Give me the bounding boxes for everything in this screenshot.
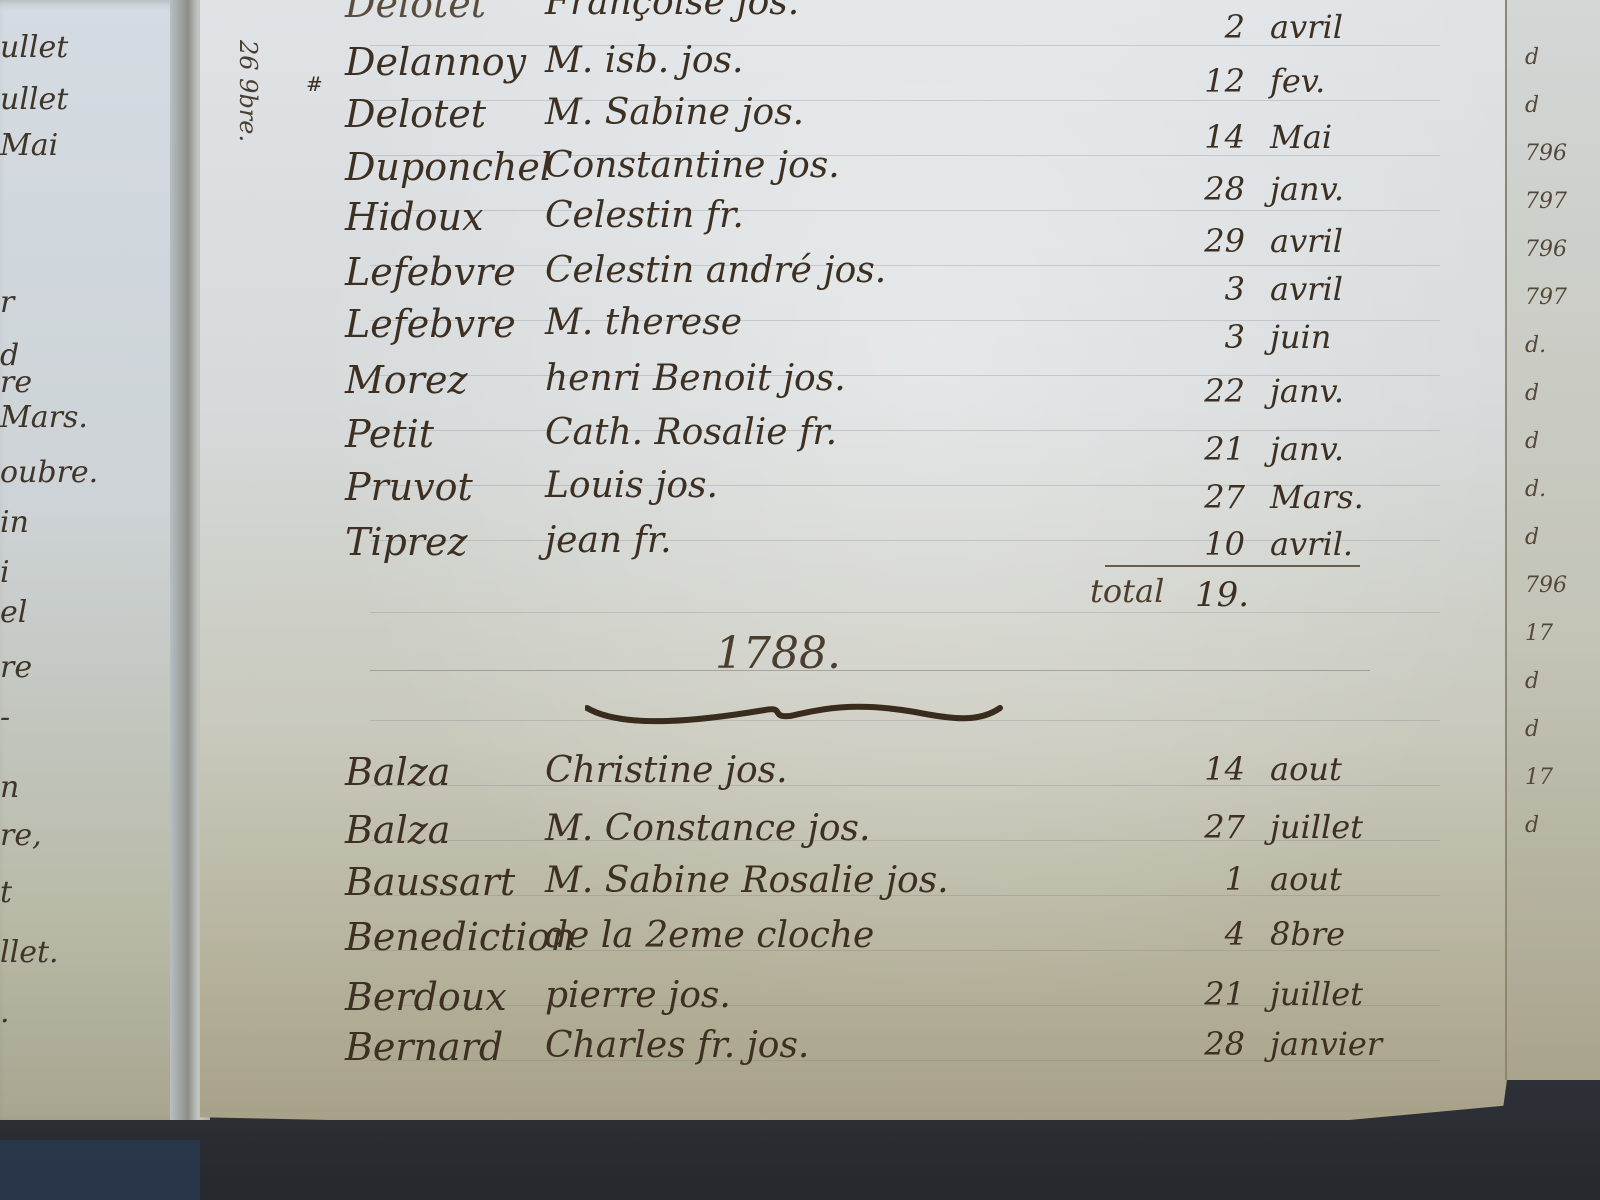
left-page-fragment: in — [0, 505, 29, 540]
entry-day: 1 — [1175, 860, 1245, 898]
photo-scene: ulletulletMairdreMars.oubre.inielre-nre,… — [0, 0, 1600, 1200]
background-object — [0, 1140, 200, 1200]
entry-day: 2 — [1175, 8, 1245, 46]
edge-margin-mark: d. — [1525, 333, 1546, 358]
entry-given-names: pierre jos. — [545, 975, 731, 1016]
ruled-line — [370, 210, 1440, 211]
entry-surname: Petit — [345, 412, 434, 456]
entry-surname: Lefebvre — [345, 302, 516, 346]
edge-margin-mark: d — [1525, 525, 1539, 550]
edge-margin-mark: 797 — [1525, 189, 1567, 214]
left-page-fragment: r — [0, 285, 14, 320]
entry-month: juillet — [1270, 808, 1363, 846]
entry-month: janv. — [1270, 170, 1344, 208]
left-page-fragment: el — [0, 595, 27, 630]
left-page-fragment: Mai — [0, 128, 58, 163]
entry-given-names: Celestin andré jos. — [545, 250, 886, 291]
entry-surname: Berdoux — [345, 975, 507, 1019]
hash-mark: # — [306, 72, 323, 96]
entry-month: aout — [1270, 750, 1342, 788]
edge-margin-mark: 17 — [1525, 621, 1553, 646]
entry-month: Mai — [1270, 118, 1332, 156]
entry-given-names: Louis jos. — [545, 465, 718, 506]
edge-margin-mark: 17 — [1525, 765, 1553, 790]
left-page-fragment: ullet — [0, 82, 68, 117]
entry-surname: Balza — [345, 808, 450, 852]
entry-given-names: M. Sabine jos. — [545, 92, 804, 133]
entry-month: avril — [1270, 270, 1343, 308]
entry-surname: Lefebvre — [345, 250, 516, 294]
entry-month: Mars. — [1270, 478, 1364, 516]
entry-day: 27 — [1175, 808, 1245, 846]
edge-margin-mark: 796 — [1525, 573, 1567, 598]
left-page-fragment: Mars. — [0, 400, 88, 435]
entry-day: 28 — [1175, 1025, 1245, 1063]
left-page-fragment: re — [0, 365, 32, 400]
left-page-fragment: n — [0, 770, 19, 805]
entry-day: 27 — [1175, 478, 1245, 516]
entry-month: avril — [1270, 8, 1343, 46]
edge-margin-mark: d — [1525, 813, 1539, 838]
entry-day: 29 — [1175, 222, 1245, 260]
year-heading: 1788. — [715, 628, 841, 679]
edge-margin-mark: d — [1525, 381, 1539, 406]
entry-given-names: jean fr. — [545, 520, 672, 561]
background-shadow — [0, 1120, 1600, 1200]
entry-day: 22 — [1175, 372, 1245, 410]
entry-month: janv. — [1270, 372, 1344, 410]
entry-given-names: Celestin fr. — [545, 195, 744, 236]
entry-surname: Benediction — [345, 915, 575, 959]
edge-margin-mark: d — [1525, 429, 1539, 454]
entry-surname: Pruvot — [345, 465, 473, 509]
edge-margin-mark: d — [1525, 45, 1539, 70]
entry-day: 28 — [1175, 170, 1245, 208]
section-divider — [370, 670, 1370, 671]
entry-day: 12 — [1175, 62, 1245, 100]
entry-surname: Bernard — [345, 1025, 503, 1069]
entry-month: fev. — [1270, 62, 1325, 100]
entry-day: 14 — [1175, 118, 1245, 156]
left-page-fragment: re — [0, 650, 32, 685]
entry-day: 3 — [1175, 318, 1245, 356]
entry-day: 3 — [1175, 270, 1245, 308]
entry-given-names: henri Benoit jos. — [545, 358, 846, 399]
left-page-fragment: ullet — [0, 30, 68, 65]
ruled-line — [370, 265, 1440, 266]
entry-given-names: Christine jos. — [545, 750, 788, 791]
entry-day: 21 — [1175, 430, 1245, 468]
entry-surname: Tiprez — [345, 520, 468, 564]
entry-given-names: Constantine jos. — [545, 145, 840, 186]
left-page-fragment: t — [0, 875, 12, 910]
entry-month: avril — [1270, 222, 1343, 260]
ruled-line — [370, 612, 1440, 613]
entry-given-names: Charles fr. jos. — [545, 1025, 809, 1066]
entry-surname: Morez — [345, 358, 467, 402]
margin-note: 26 9bre. — [234, 40, 262, 142]
edge-margin-mark: 796 — [1525, 141, 1567, 166]
left-page-fragment: re, — [0, 818, 42, 853]
entry-month: aout — [1270, 860, 1342, 898]
ruled-line — [370, 100, 1440, 101]
next-page-edge: dd796797796797d.ddd.d79617dd17d — [1505, 0, 1600, 1080]
entry-surname: Balza — [345, 750, 450, 794]
entry-month: juin — [1270, 318, 1331, 356]
edge-margin-mark: d — [1525, 717, 1539, 742]
entry-month: janvier — [1270, 1025, 1382, 1063]
entry-day: 14 — [1175, 750, 1245, 788]
entry-given-names: M. Constance jos. — [545, 808, 870, 849]
entry-day: 10 — [1175, 525, 1245, 563]
entry-surname: Duponchel — [345, 145, 552, 189]
entry-given-names: M. therese — [545, 302, 742, 343]
entry-surname: Delotet — [345, 0, 486, 26]
left-page-fragment: . — [0, 995, 10, 1030]
edge-margin-mark: 796 — [1525, 237, 1567, 262]
left-page-fragment: llet. — [0, 935, 59, 970]
edge-margin-mark: d — [1525, 93, 1539, 118]
entry-surname: Delannoy — [345, 40, 526, 84]
entry-given-names: Cath. Rosalie fr. — [545, 412, 837, 453]
edge-margin-mark: 797 — [1525, 285, 1567, 310]
left-page-fragment: - — [0, 700, 10, 735]
entry-month: janv. — [1270, 430, 1344, 468]
entry-given-names: Françoise jos. — [545, 0, 799, 23]
entry-given-names: M. isb. jos. — [545, 40, 743, 81]
entry-day: 21 — [1175, 975, 1245, 1013]
entry-surname: Baussart — [345, 860, 515, 904]
entry-given-names: M. Sabine Rosalie jos. — [545, 860, 949, 901]
total-value: 19. — [1195, 575, 1249, 615]
entry-day: 4 — [1175, 915, 1245, 953]
entry-given-names: de la 2eme cloche — [545, 915, 874, 956]
entry-surname: Delotet — [345, 92, 486, 136]
entry-month: juillet — [1270, 975, 1363, 1013]
edge-margin-mark: d. — [1525, 477, 1546, 502]
left-page-fragment: i — [0, 555, 10, 590]
entry-month: 8bre — [1270, 915, 1345, 953]
flourish-ornament — [585, 700, 1005, 730]
entry-surname: Hidoux — [345, 195, 483, 239]
entry-month: avril. — [1270, 525, 1353, 563]
left-page-fragment: oubre. — [0, 455, 98, 490]
edge-margin-mark: d — [1525, 669, 1539, 694]
total-label: total — [1090, 572, 1164, 610]
total-rule — [1105, 565, 1360, 567]
